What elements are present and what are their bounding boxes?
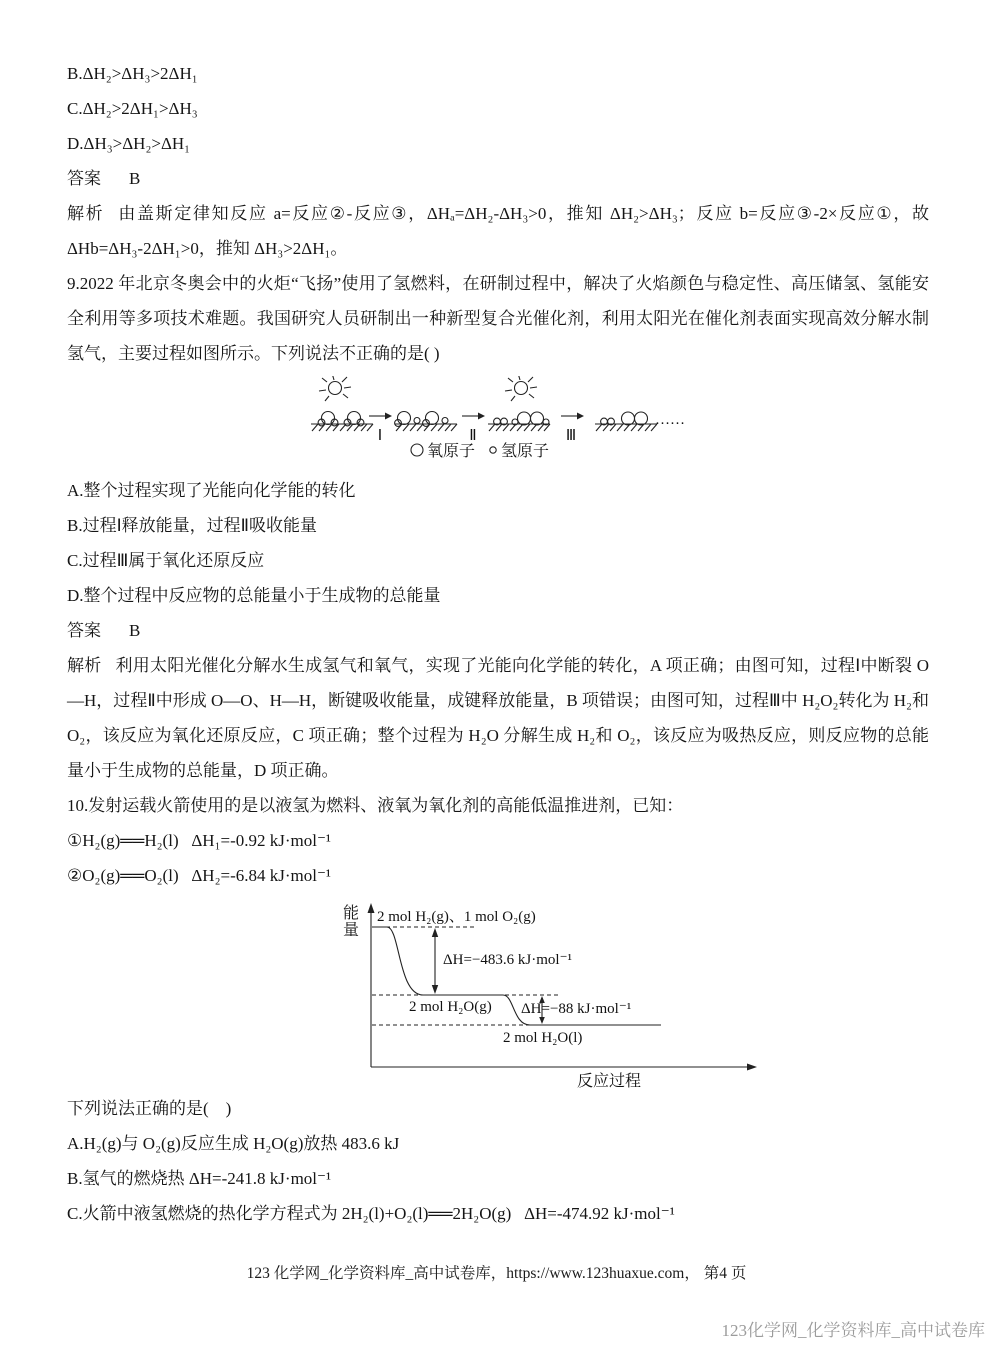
q8-answer-label: 答案 (67, 169, 101, 188)
q9-analysis: 解析利用太阳光催化分解水生成氢气和氧气，实现了光能向化学能的转化，A 项正确；由… (67, 648, 929, 788)
q8-option-b: B.ΔH₂>ΔH₃>2ΔH₁ (67, 56, 929, 91)
q10-question-line: 下列说法正确的是( ) (67, 1091, 929, 1126)
q9-option-c: C.过程Ⅲ属于氧化还原反应 (67, 543, 929, 578)
step2-label: Ⅱ (469, 428, 476, 444)
y-axis-label: 能量 (343, 905, 362, 939)
q9-analysis-text: 利用太阳光催化分解水生成氢气和氧气，实现了光能向化学能的转化，A 项正确；由图可… (67, 656, 929, 780)
stage4-h2-o2-molecules (601, 412, 648, 425)
catalyst-surface-1 (311, 424, 373, 431)
q8-option-d: D.ΔH₃>ΔH₂>ΔH₁ (67, 126, 929, 161)
q9-process-figure: Ⅰ Ⅱ (305, 376, 715, 470)
product-level-label: 2 mol H₂O(l) (503, 1030, 582, 1046)
q9-option-b: B.过程Ⅰ释放能量，过程Ⅱ吸收能量 (67, 508, 929, 543)
q8-answer-value: B (129, 169, 140, 188)
stage3-h2-h2o2-molecules (494, 412, 549, 425)
q10-option-a: A.H₂(g)与 O₂(g)反应生成 H₂O(g)放热 483.6 kJ (67, 1126, 929, 1161)
page-footer: 123 化学网_化学资料库_高中试卷库，https://www.123huaxu… (0, 1261, 993, 1283)
hydrogen-atom-icon (490, 447, 496, 453)
q9-analysis-label: 解析 (67, 656, 101, 675)
delta-h1-arrow (432, 928, 438, 994)
continuation-ellipsis: …… (655, 412, 685, 428)
intermediate-level-label: 2 mol H₂O(g) (409, 999, 492, 1015)
q8-analysis-label: 解析 (67, 204, 104, 223)
q9-option-a: A.整个过程实现了光能向化学能的转化 (67, 473, 929, 508)
sun-icon-2 (505, 376, 537, 401)
x-axis (371, 1064, 757, 1071)
delta-h1-value: ΔH=−483.6 kJ·mol⁻¹ (443, 952, 572, 968)
arrow-step3 (561, 413, 584, 420)
q10-energy-figure: 2 mol H₂(g)、1 mol O₂(g) ΔH=−483.6 kJ·mol… (335, 897, 765, 1089)
arrow-step2 (462, 413, 485, 420)
q8-analysis-text: 由盖斯定律知反应 a=反应②-反应③，ΔHₐ=ΔH₂-ΔH₃>0，推知 ΔH₂>… (67, 204, 929, 258)
q8-analysis: 解析由盖斯定律知反应 a=反应②-反应③，ΔHₐ=ΔH₂-ΔH₃>0，推知 ΔH… (67, 196, 929, 266)
step3-label: Ⅲ (566, 428, 576, 444)
q9-option-d: D.整个过程中反应物的总能量小于生成物的总能量 (67, 578, 929, 613)
q9-process-diagram: Ⅰ Ⅱ (305, 376, 715, 470)
page-content: B.ΔH₂>ΔH₃>2ΔH₁ C.ΔH₂>2ΔH₁>ΔH₃ D.ΔH₃>ΔH₂>… (67, 56, 929, 1231)
x-axis-label: 反应过程 (577, 1072, 641, 1089)
q10-option-b: B.氢气的燃烧热 ΔH=-241.8 kJ·mol⁻¹ (67, 1161, 929, 1196)
q9-answer-value: B (129, 621, 140, 640)
legend-oxygen-label: 氧原子 (427, 442, 475, 460)
q9-answer-label: 答案 (67, 621, 101, 640)
q8-option-c: C.ΔH₂>2ΔH₁>ΔH₃ (67, 91, 929, 126)
catalyst-surface-2 (395, 424, 457, 431)
y-axis (368, 903, 375, 1067)
q10-option-c: C.火箭中液氢燃烧的热化学方程式为 2H₂(l)+O₂(l)══2H₂O(g) … (67, 1196, 929, 1231)
reactants-level-label: 2 mol H₂(g)、1 mol O₂(g) (377, 909, 536, 925)
delta-h2-value: ΔH=−88 kJ·mol⁻¹ (521, 1001, 631, 1017)
q10-stem: 10.发射运载火箭使用的是以液氢为燃料、液氧为氧化剂的高能低温推进剂，已知： (67, 788, 929, 823)
q10-equation-1: ①H₂(g)══H₂(l) ΔH₁=-0.92 kJ·mol⁻¹ (67, 823, 929, 858)
q10-energy-diagram: 2 mol H₂(g)、1 mol O₂(g) ΔH=−483.6 kJ·mol… (335, 897, 765, 1089)
q9-stem: 9.2022 年北京冬奥会中的火炬“飞扬”使用了氢燃料，在研制过程中，解决了火焰… (67, 266, 929, 371)
step1-label: Ⅰ (378, 428, 382, 444)
sun-icon-1 (319, 376, 351, 401)
diagram-legend: 氧原子 氢原子 (411, 442, 549, 460)
q10-equation-2: ②O₂(g)══O₂(l) ΔH₂=-6.84 kJ·mol⁻¹ (67, 858, 929, 893)
site-watermark: 123化学网_化学资料库_高中试卷库 (722, 1316, 986, 1341)
q9-answer-line: 答案B (67, 613, 929, 648)
q8-answer-line: 答案B (67, 161, 929, 196)
legend-hydrogen-label: 氢原子 (501, 442, 549, 460)
exam-paper-page: B.ΔH₂>ΔH₃>2ΔH₁ C.ΔH₂>2ΔH₁>ΔH₃ D.ΔH₃>ΔH₂>… (0, 0, 993, 1347)
oxygen-atom-icon (411, 444, 423, 456)
arrow-step1 (369, 413, 392, 420)
